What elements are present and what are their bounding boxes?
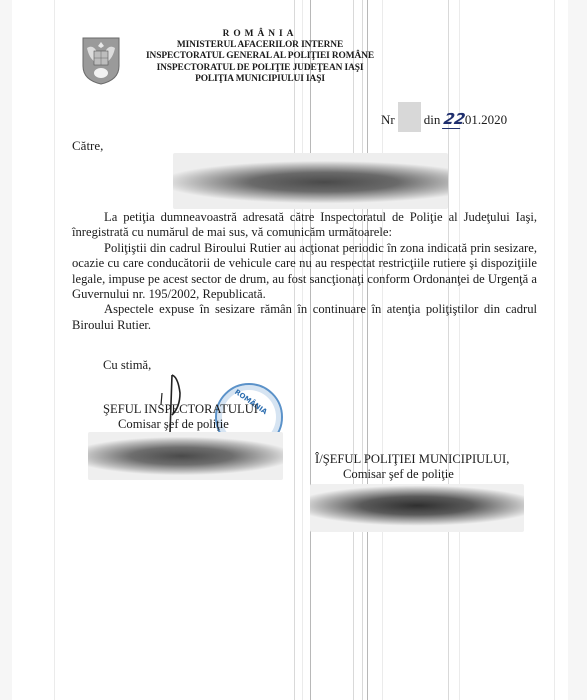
reference-number-line: Nrdin 22.01.2020: [381, 110, 507, 132]
letterhead-municipal-police: POLIŢIA MUNICIPIULUI IAŞI: [135, 74, 385, 85]
nr-label: Nr: [381, 112, 395, 127]
closing: Cu stimă,: [103, 358, 151, 373]
right-signatory-title: Î/ŞEFUL POLIŢIEI MUNICIPIULUI,: [315, 452, 509, 467]
letterhead-country: ROMÂNIA: [135, 29, 385, 40]
handwritten-day: 22: [442, 110, 464, 129]
coat-of-arms-icon: [81, 36, 121, 86]
body-paragraph: Poliţiştii din cadrul Biroului Rutier au…: [72, 241, 537, 303]
letterhead-general-inspectorate: INSPECTORATUL GENERAL AL POLIŢIEI ROMÂNE: [135, 51, 385, 62]
din-label: din: [424, 112, 441, 127]
salutation: Către,: [72, 138, 103, 154]
letter-body: La petiţia dumneavoastră adresată către …: [72, 210, 537, 333]
right-signatory-rank: Comisar şef de poliţie: [343, 467, 454, 482]
letterhead: ROMÂNIA MINISTERUL AFACERILOR INTERNE IN…: [135, 29, 385, 85]
scan-streak: [294, 0, 295, 700]
scan-streak: [362, 0, 363, 700]
letterhead-ministry: MINISTERUL AFACERILOR INTERNE: [135, 40, 385, 51]
body-paragraph: La petiţia dumneavoastră adresată către …: [72, 210, 537, 241]
scan-streak: [554, 0, 555, 700]
left-signatory-rank: Comisar şef de poliţie: [118, 417, 229, 432]
scan-streak: [367, 0, 368, 700]
redacted-left-signatory: [88, 432, 283, 480]
left-signatory-title: ŞEFUL INSPECTORATULUI: [103, 402, 258, 417]
redacted-right-signatory: [310, 484, 524, 532]
redacted-number: [398, 102, 421, 132]
letterhead-county-inspectorate: INSPECTORATUL DE POLIŢIE JUDEŢEAN IAŞI: [135, 63, 385, 74]
printed-date: .01.2020: [462, 112, 508, 127]
scan-streak: [382, 0, 383, 700]
body-paragraph: Aspectele expuse în sesizare rămân în co…: [72, 302, 537, 333]
scan-streak: [302, 0, 303, 700]
scan-streak: [310, 0, 311, 700]
scan-streak: [448, 0, 449, 700]
document-page: [12, 0, 568, 700]
scan-streak: [353, 0, 354, 700]
redacted-recipient: [173, 153, 448, 209]
scan-streak: [54, 0, 55, 700]
scan-streak: [459, 0, 460, 700]
